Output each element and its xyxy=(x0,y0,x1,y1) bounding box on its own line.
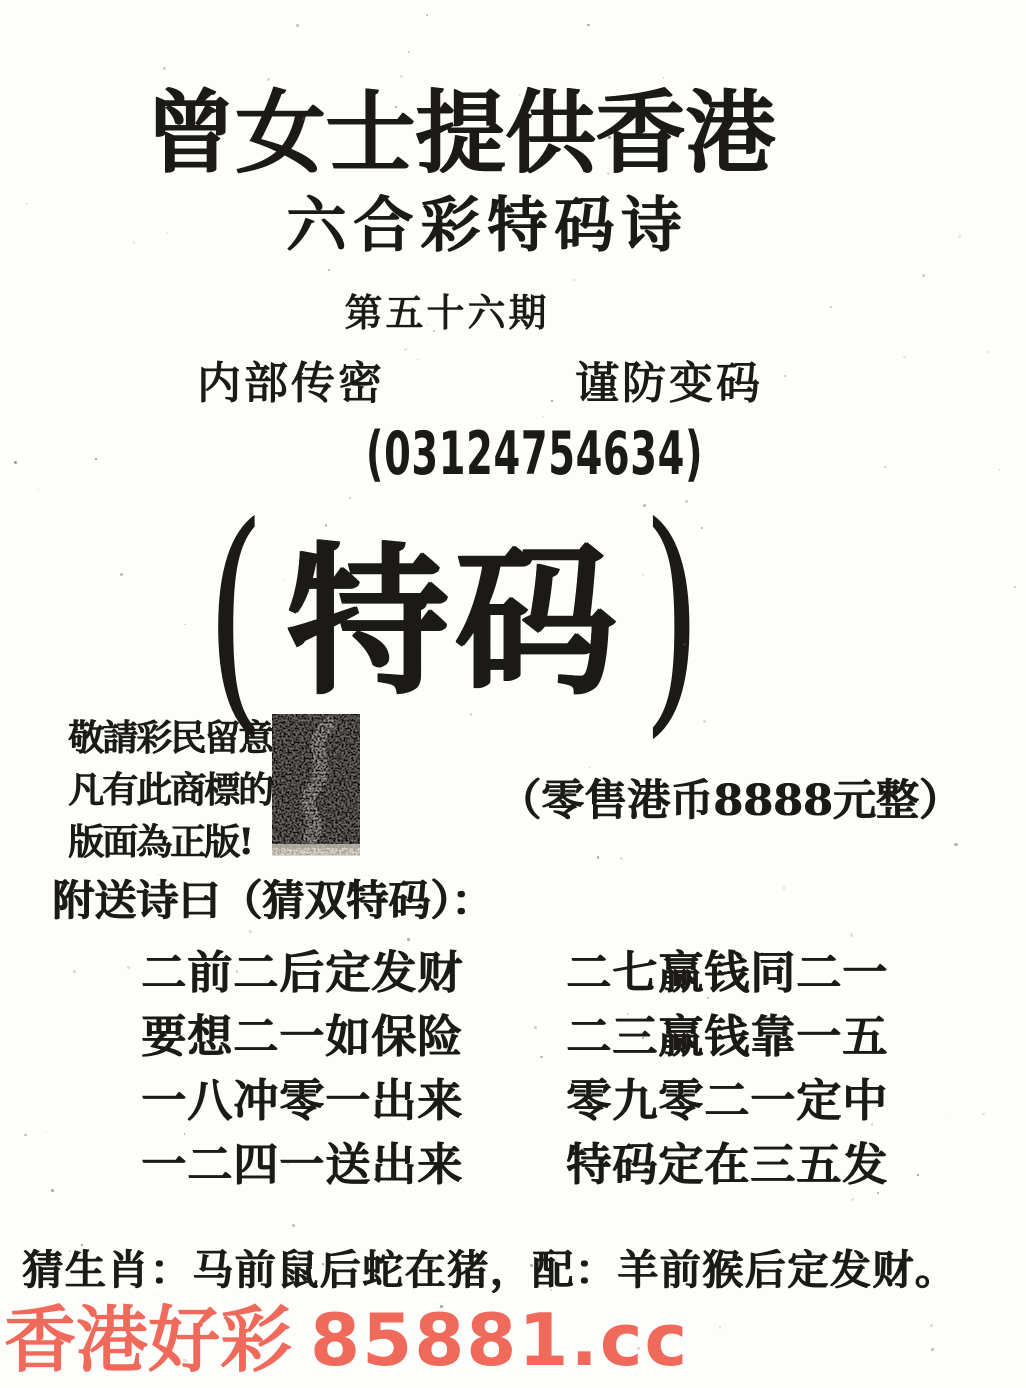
poem-line-left-4: 一二四一送出来 xyxy=(141,1142,463,1187)
authenticity-line-2: 凡有此商標的 xyxy=(68,764,272,816)
special-code-headline: ( 特码 ) xyxy=(228,522,680,722)
poem-line-left-2: 要想二一如保险 xyxy=(141,1014,463,1059)
close-paren: ) xyxy=(642,521,701,712)
authenticity-line-1: 敬請彩民留意 xyxy=(68,712,272,764)
poem-line-right-4: 特码定在三五发 xyxy=(566,1142,888,1187)
zodiac-hint-line: 猜生肖：马前鼠后蛇在猪，配：羊前猴后定发财。 xyxy=(22,1250,957,1291)
open-paren: ( xyxy=(207,521,266,712)
beware-code-change-label: 谨防变码 xyxy=(575,362,763,406)
scanned-flyer-page: 曾女士提供香港 六合彩特码诗 第五十六期 内部传密 谨防变码 (03124754… xyxy=(0,0,1026,1388)
poem-line-left-3: 一八冲零一出来 xyxy=(141,1078,463,1123)
site-watermark: 香港好彩85881.cc xyxy=(4,1304,689,1376)
page-title: 曾女士提供香港 xyxy=(145,88,775,178)
authenticity-notice: 敬請彩民留意 凡有此商標的 版面為正版! xyxy=(68,712,272,868)
poem-line-right-2: 二三赢钱靠一五 xyxy=(566,1014,888,1059)
poem-header: 附送诗曰（猜双特码）： xyxy=(52,880,493,922)
retail-price: （零售港币8888元整） xyxy=(498,780,962,823)
special-code-text: 特码 xyxy=(286,541,622,703)
poem-line-left-1: 二前二后定发财 xyxy=(141,950,463,995)
poem-line-right-3: 零九零二一定中 xyxy=(566,1078,888,1123)
authenticity-line-3: 版面為正版! xyxy=(68,816,272,868)
site-name: 香港好彩 xyxy=(4,1298,292,1382)
issue-number: 第五十六期 xyxy=(344,294,549,332)
page-subtitle: 六合彩特码诗 xyxy=(286,196,688,256)
poem-line-right-1: 二七赢钱同二一 xyxy=(566,950,888,995)
trademark-stamp-icon xyxy=(272,714,360,856)
site-domain: 85881.cc xyxy=(310,1298,689,1382)
internal-secret-label: 内部传密 xyxy=(197,362,385,406)
code-phone-number: (03124754634) xyxy=(271,424,591,484)
